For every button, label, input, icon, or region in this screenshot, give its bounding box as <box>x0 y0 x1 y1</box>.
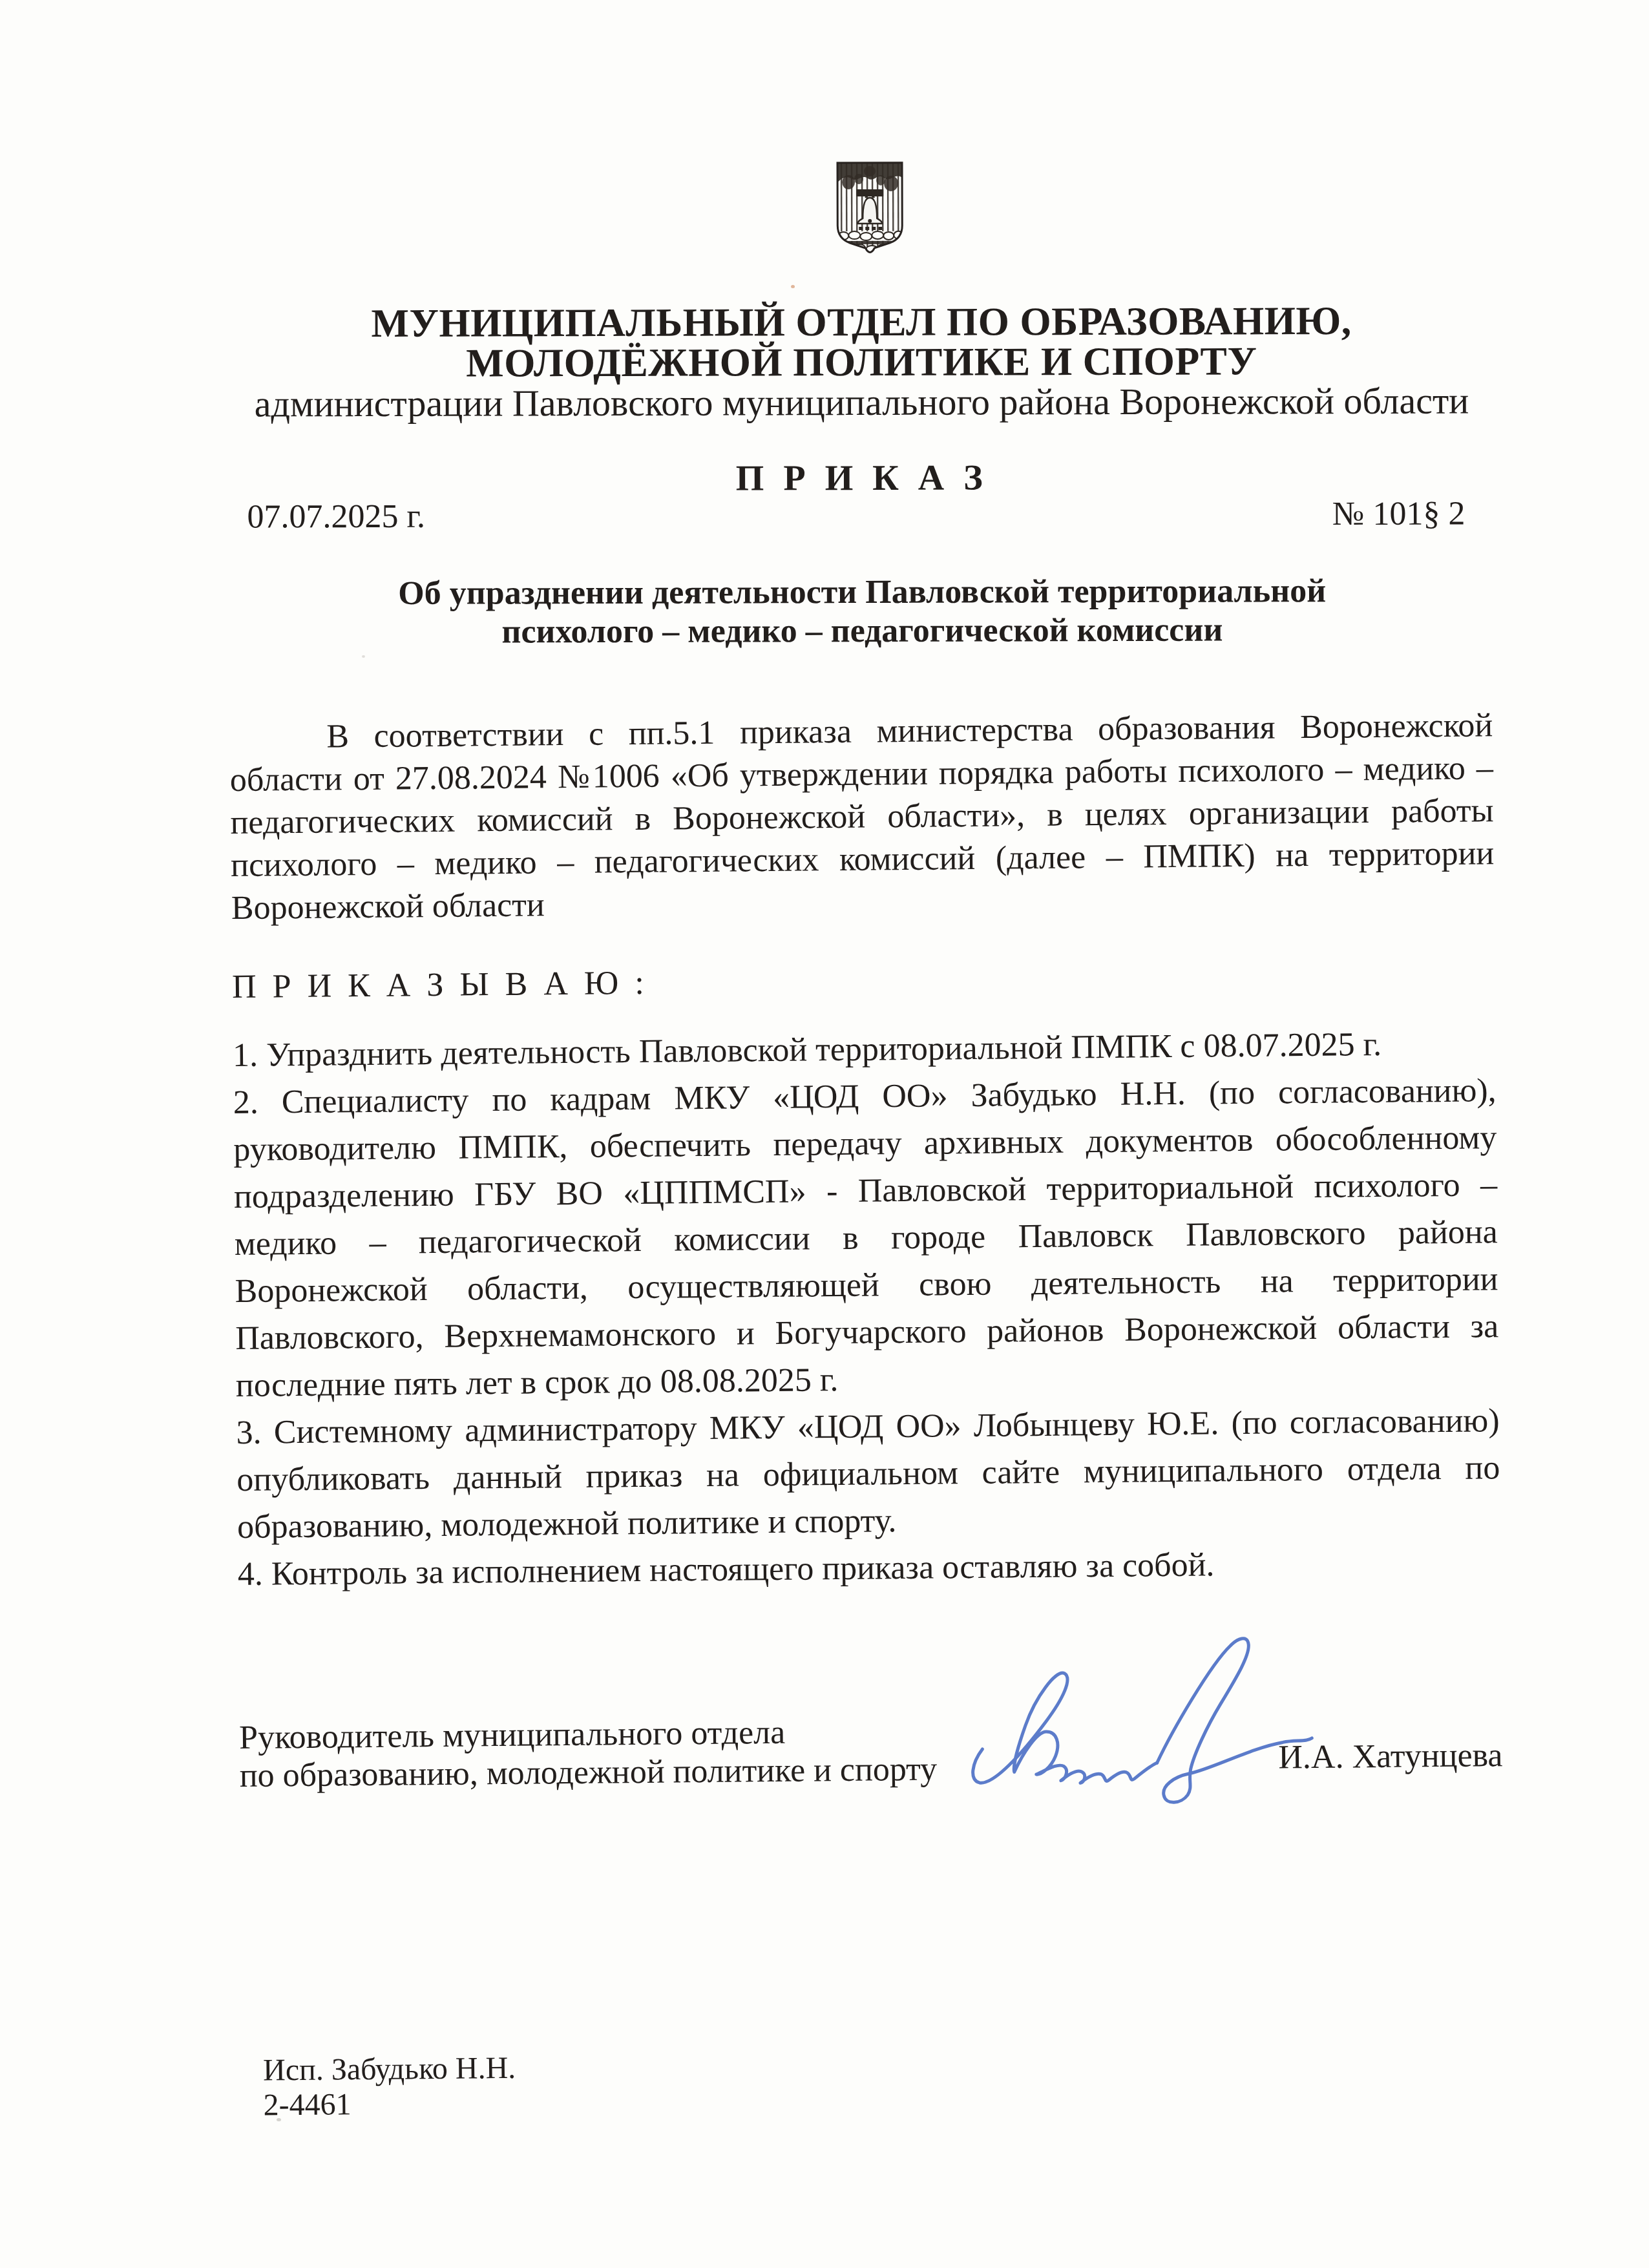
preamble-paragraph: В соответствии с пп.5.1 приказа министер… <box>229 704 1495 930</box>
executor-footer: Исп. Забудько Н.Н. 2-4461 <box>242 2041 1506 2123</box>
signer-position-line2: по образованию, молодежной политике и сп… <box>239 1750 937 1795</box>
scanned-order-document: МУНИЦИПАЛЬНЫЙ ОТДЕЛ ПО ОБРАЗОВАНИЮ, МОЛО… <box>0 0 1649 2268</box>
document-type-heading: П Р И К А З <box>230 456 1493 499</box>
order-item-3: 3. Системному администратору МКУ «ЦОД ОО… <box>236 1397 1500 1551</box>
document-meta-row: 07.07.2025 г. № 101§ 2 <box>230 494 1493 537</box>
handwritten-signature <box>959 1631 1323 1860</box>
document-date: 07.07.2025 г. <box>230 497 425 538</box>
organization-header: МУНИЦИПАЛЬНЫЙ ОТДЕЛ ПО ОБРАЗОВАНИЮ, МОЛО… <box>230 300 1493 424</box>
document-body-block: В соответствии с пп.5.1 приказа министер… <box>229 704 1506 2123</box>
order-item-2: 2. Специалисту по кадрам МКУ «ЦОД ОО» За… <box>233 1067 1499 1409</box>
scan-artifact-speck <box>362 655 365 658</box>
document-header-block: МУНИЦИПАЛЬНЫЙ ОТДЕЛ ПО ОБРАЗОВАНИЮ, МОЛО… <box>229 159 1494 652</box>
scan-artifact-speck <box>277 2118 281 2121</box>
signer-name: И.А. Хатунцева <box>1278 1706 1503 1776</box>
document-title: Об упразднении деятельности Павловской т… <box>231 571 1494 652</box>
scan-artifact-speck <box>791 285 795 288</box>
signer-position-line1: Руководитель муниципального отдела <box>239 1712 937 1757</box>
document-title-line1: Об упразднении деятельности Павловской т… <box>231 571 1494 613</box>
order-items: 1. Упразднить деятельность Павловской те… <box>233 1020 1501 1598</box>
coat-of-arms-pavlovsk <box>238 159 1501 258</box>
document-title-line2: психолого – медико – педагогической коми… <box>231 610 1494 652</box>
coat-of-arms-icon <box>833 161 907 257</box>
org-subtitle: администрации Павловского муниципального… <box>230 381 1493 424</box>
org-name-line2: МОЛОДЁЖНОЙ ПОЛИТИКЕ И СПОРТУ <box>230 341 1493 384</box>
signature-block: Руководитель муниципального отдела по об… <box>239 1706 1503 1795</box>
order-word: П Р И К А З Ы В А Ю : <box>232 955 1496 1007</box>
document-number: № 101§ 2 <box>1332 494 1465 535</box>
signer-position: Руководитель муниципального отдела по об… <box>239 1712 938 1795</box>
org-name-line1: МУНИЦИПАЛЬНЫЙ ОТДЕЛ ПО ОБРАЗОВАНИЮ, <box>230 300 1493 344</box>
